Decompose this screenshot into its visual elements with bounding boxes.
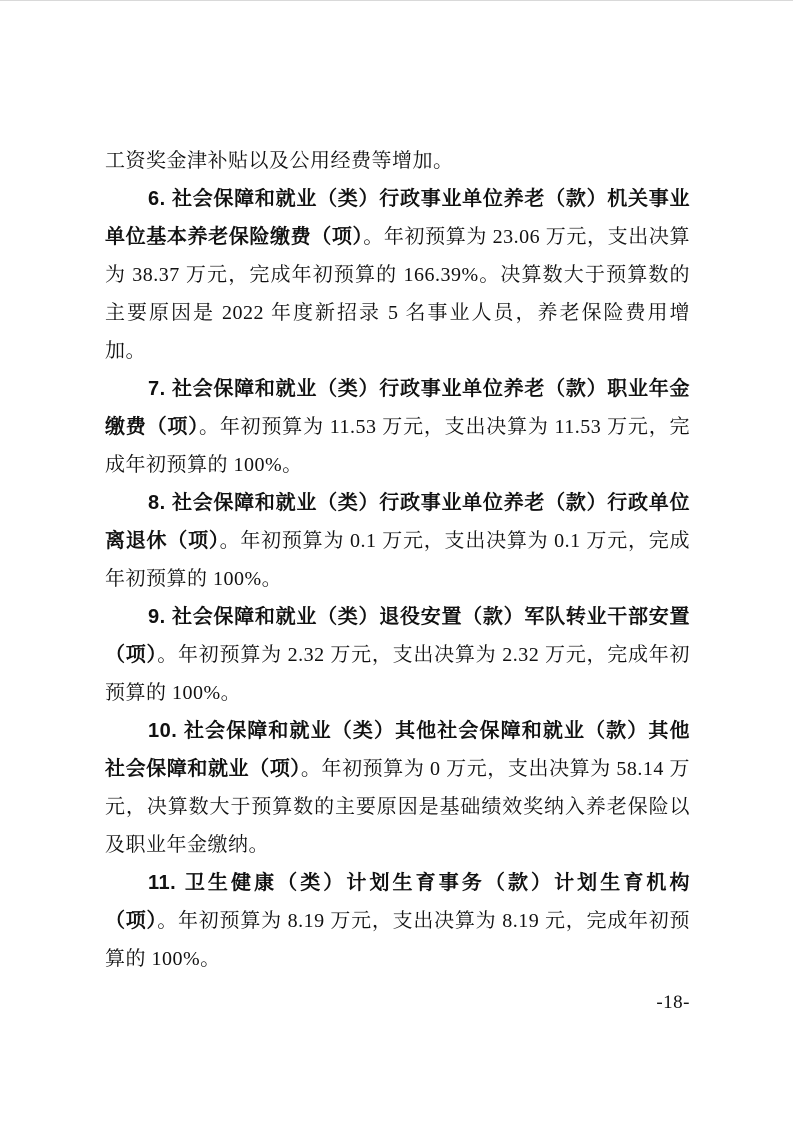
page-number: -18- (105, 992, 690, 1014)
document-body: 工资奖金津补贴以及公用经费等增加。6. 社会保障和就业（类）行政事业单位养老（款… (105, 142, 690, 978)
paragraph: 7. 社会保障和就业（类）行政事业单位养老（款）职业年金缴费（项）。年初预算为 … (105, 370, 690, 484)
body-text-run: 。年初预算为 2.32 万元，支出决算为 2.32 万元，完成年初预算的 100… (105, 644, 690, 704)
paragraph: 6. 社会保障和就业（类）行政事业单位养老（款）机关事业单位基本养老保险缴费（项… (105, 180, 690, 370)
body-text-run: 。年初预算为 8.19 万元，支出决算为 8.19 元，完成年初预算的 100%… (105, 910, 690, 970)
paragraph: 9. 社会保障和就业（类）退役安置（款）军队转业干部安置（项）。年初预算为 2.… (105, 598, 690, 712)
paragraph: 8. 社会保障和就业（类）行政事业单位养老（款）行政单位离退休（项）。年初预算为… (105, 484, 690, 598)
paragraph: 11. 卫生健康（类）计划生育事务（款）计划生育机构（项）。年初预算为 8.19… (105, 864, 690, 978)
paragraph: 工资奖金津补贴以及公用经费等增加。 (105, 142, 690, 180)
document-page: 工资奖金津补贴以及公用经费等增加。6. 社会保障和就业（类）行政事业单位养老（款… (0, 0, 793, 1122)
paragraph: 10. 社会保障和就业（类）其他社会保障和就业（款）其他社会保障和就业（项）。年… (105, 712, 690, 864)
body-text-run: 工资奖金津补贴以及公用经费等增加。 (105, 150, 454, 172)
